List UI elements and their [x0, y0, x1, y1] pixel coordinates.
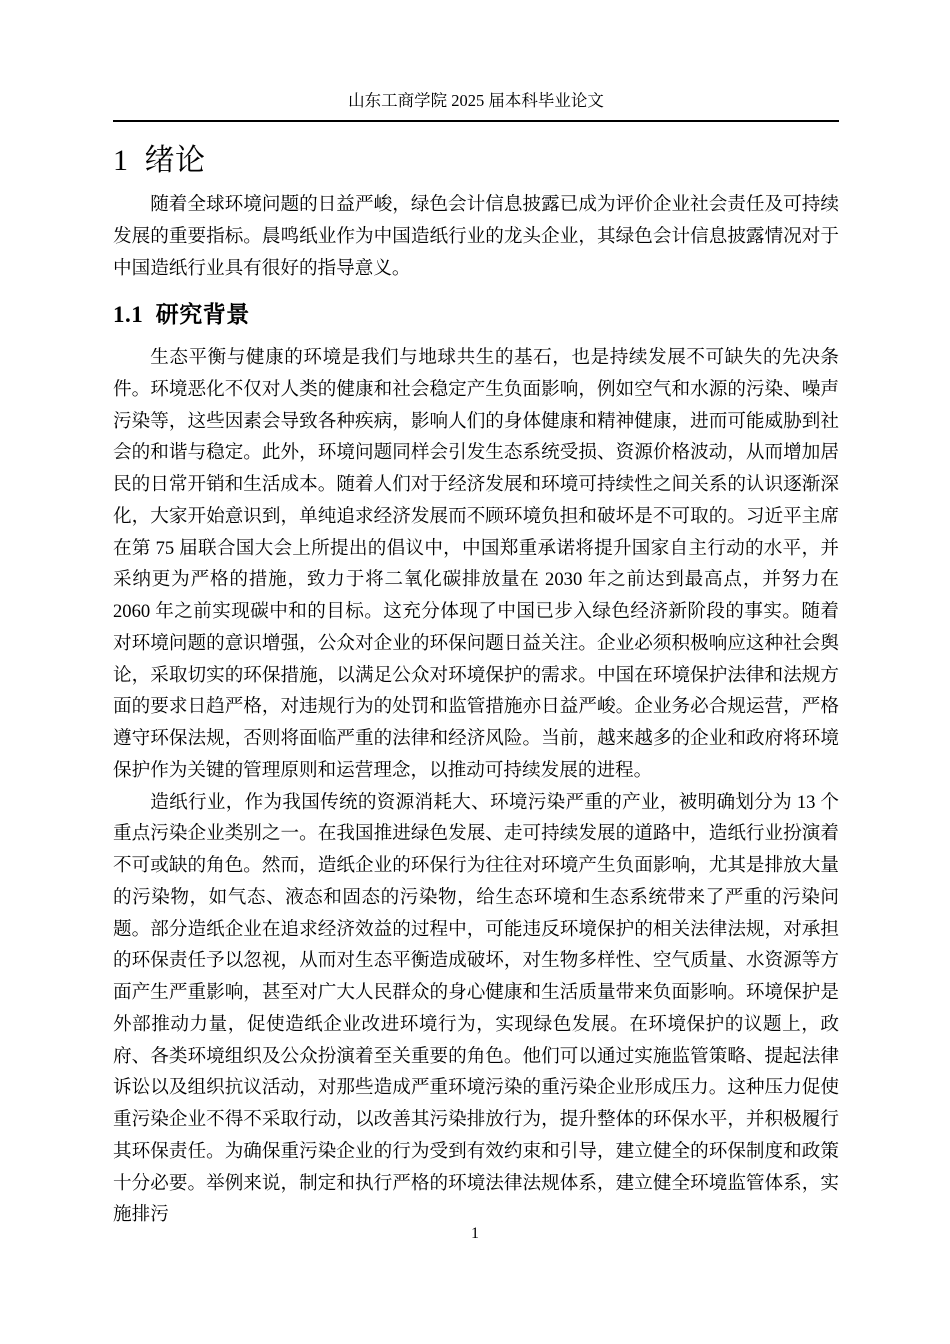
chapter-heading: 1 绪论: [113, 142, 839, 180]
body-paragraph: 造纸行业，作为我国传统的资源消耗大、环境污染严重的产业，被明确划分为 13 个重…: [113, 787, 839, 1232]
thesis-page: 山东工商学院 2025 届本科毕业论文 1 绪论 随着全球环境问题的日益严峻，绿…: [0, 0, 950, 1344]
page-content: 山东工商学院 2025 届本科毕业论文 1 绪论 随着全球环境问题的日益严峻，绿…: [113, 0, 839, 1231]
section-heading: 1.1 研究背景: [113, 301, 839, 330]
intro-paragraph: 随着全球环境问题的日益严峻，绿色会计信息披露已成为评价企业社会责任及可持续发展的…: [113, 189, 839, 284]
body-paragraph: 生态平衡与健康的环境是我们与地球共生的基石，也是持续发展不可缺失的先决条件。环境…: [113, 342, 839, 787]
page-number: 1: [0, 1226, 950, 1242]
running-header: 山东工商学院 2025 届本科毕业论文: [113, 0, 839, 122]
